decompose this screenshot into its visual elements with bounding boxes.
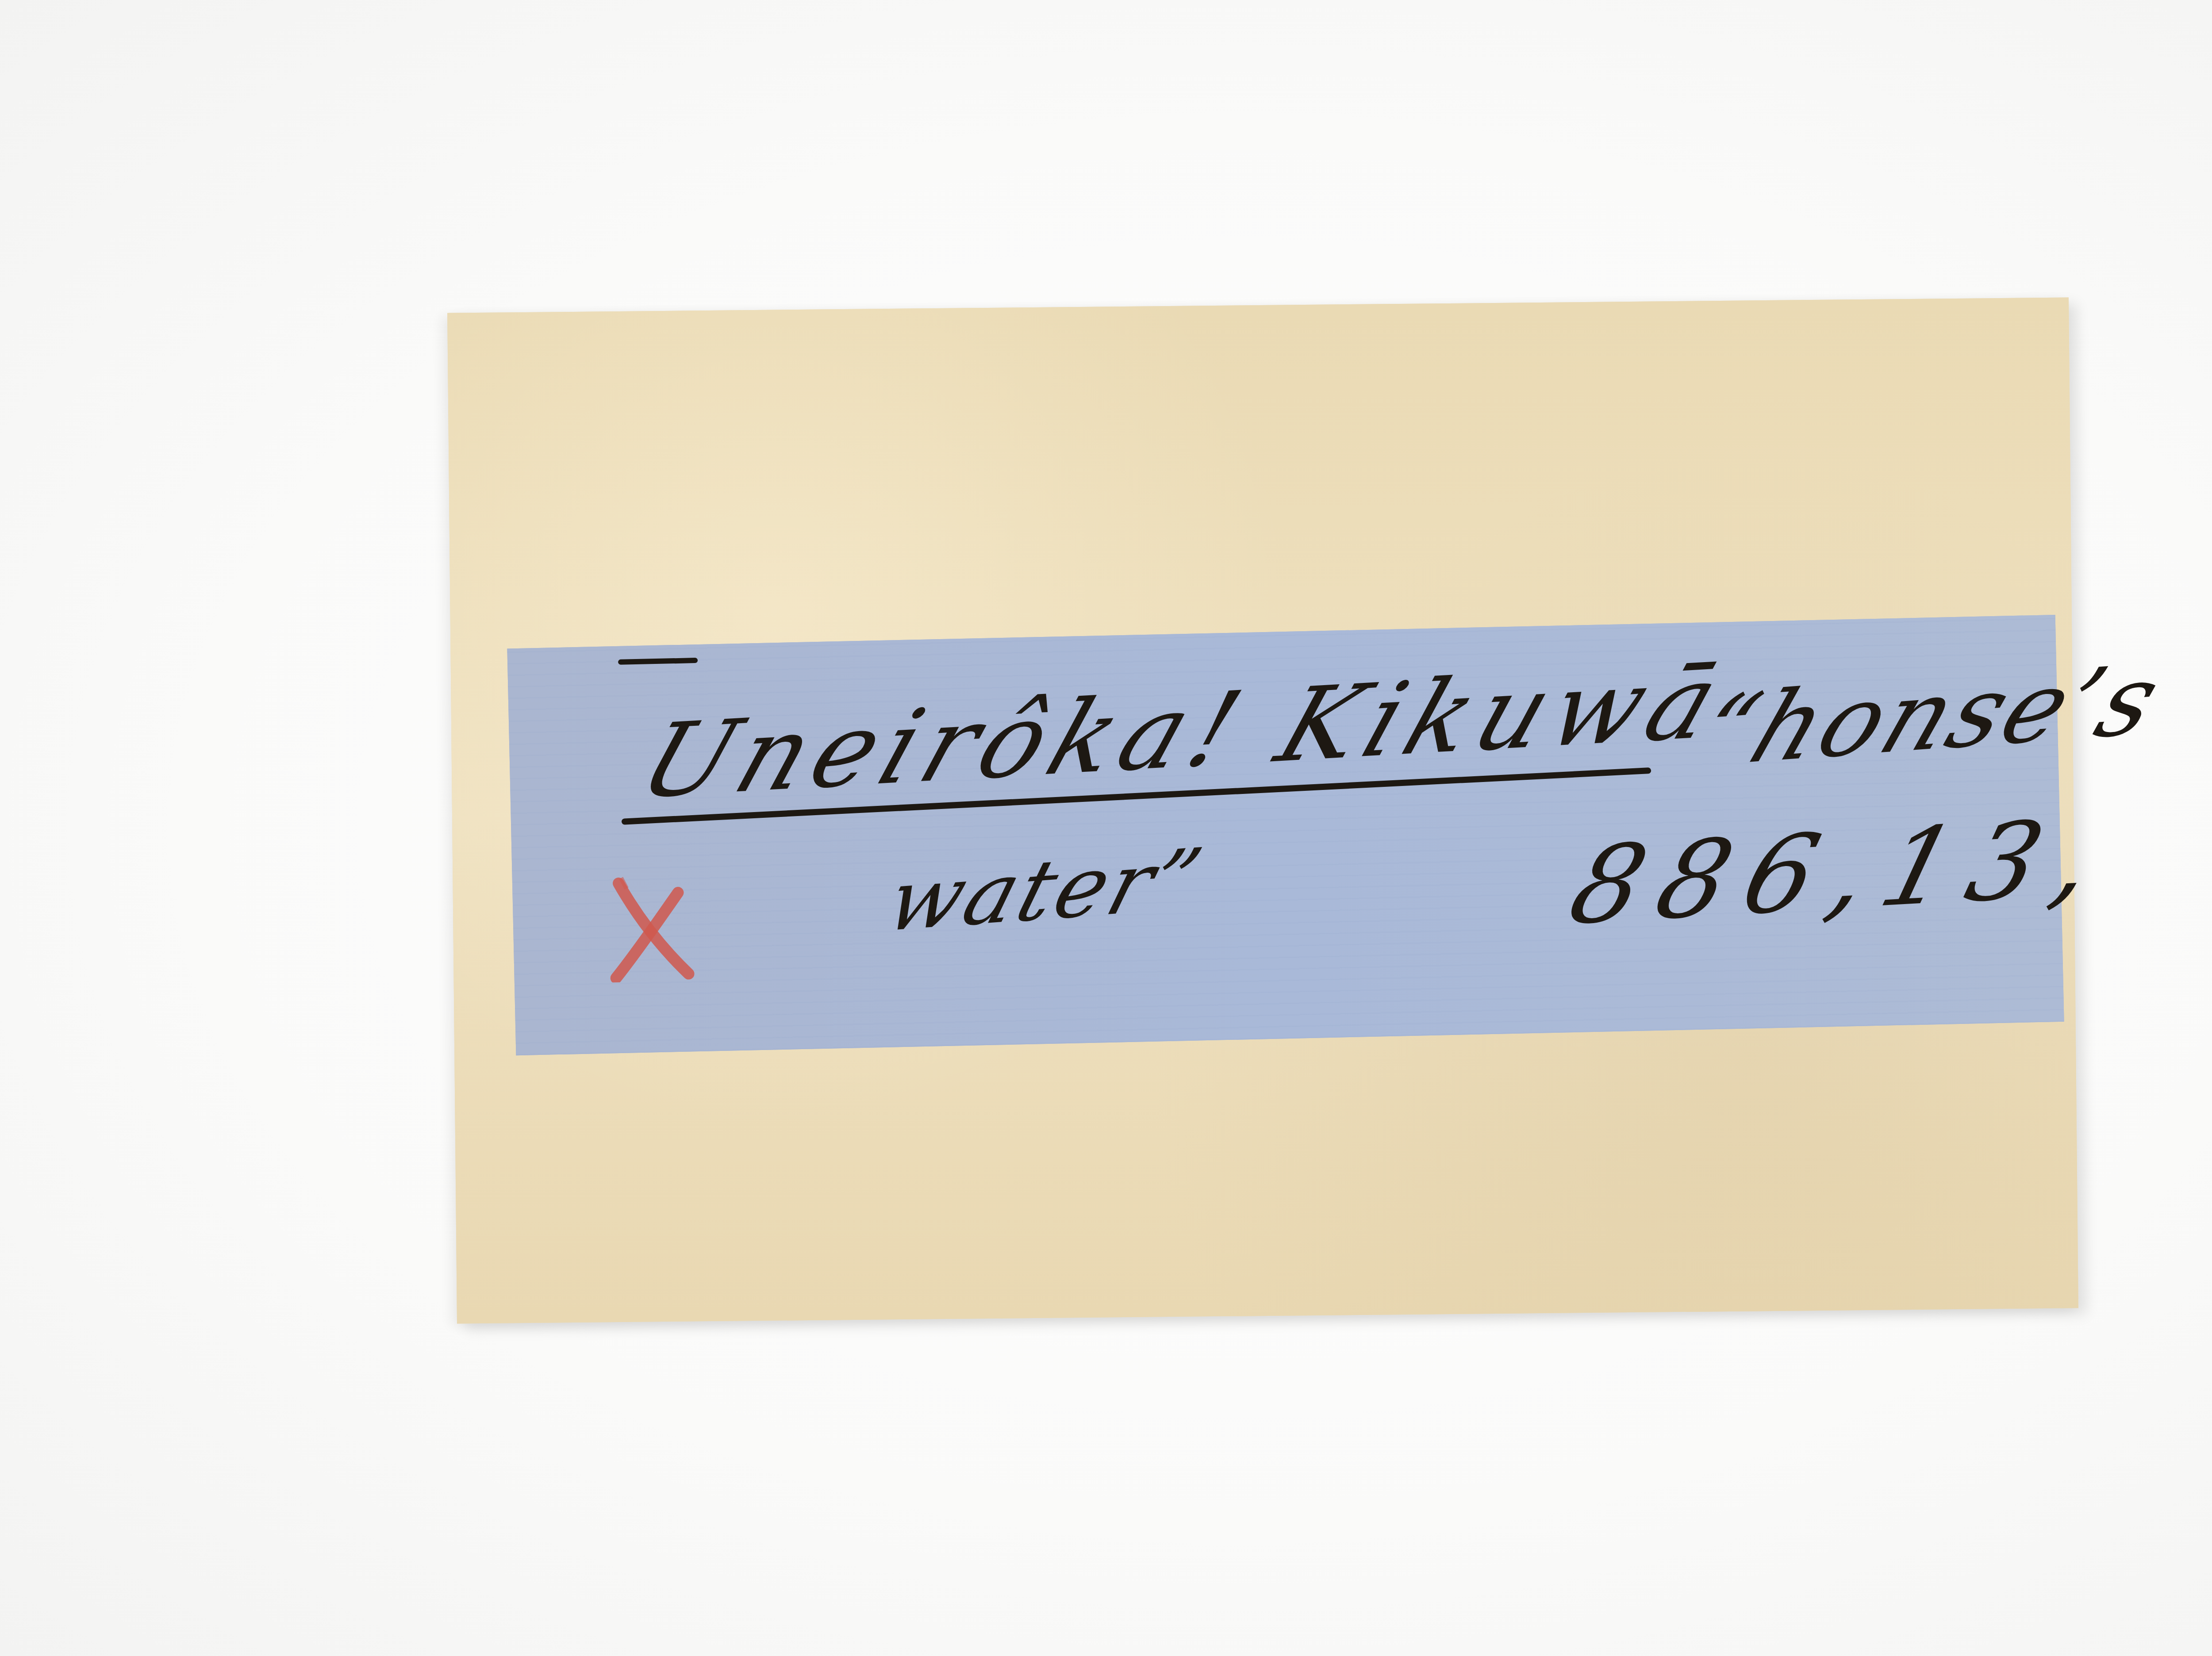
mount-card: Uneirôka! Kikuwā “honse’s water” 886,13, — [447, 297, 2078, 1323]
macron-stroke — [618, 658, 698, 665]
reference-number: 886,13, — [1558, 794, 2126, 949]
blue-paper-slip: Uneirôka! Kikuwā “honse’s water” 886,13, — [507, 615, 2064, 1055]
red-x-mark-icon — [605, 874, 696, 982]
gloss-continuation: water” — [877, 830, 1215, 951]
